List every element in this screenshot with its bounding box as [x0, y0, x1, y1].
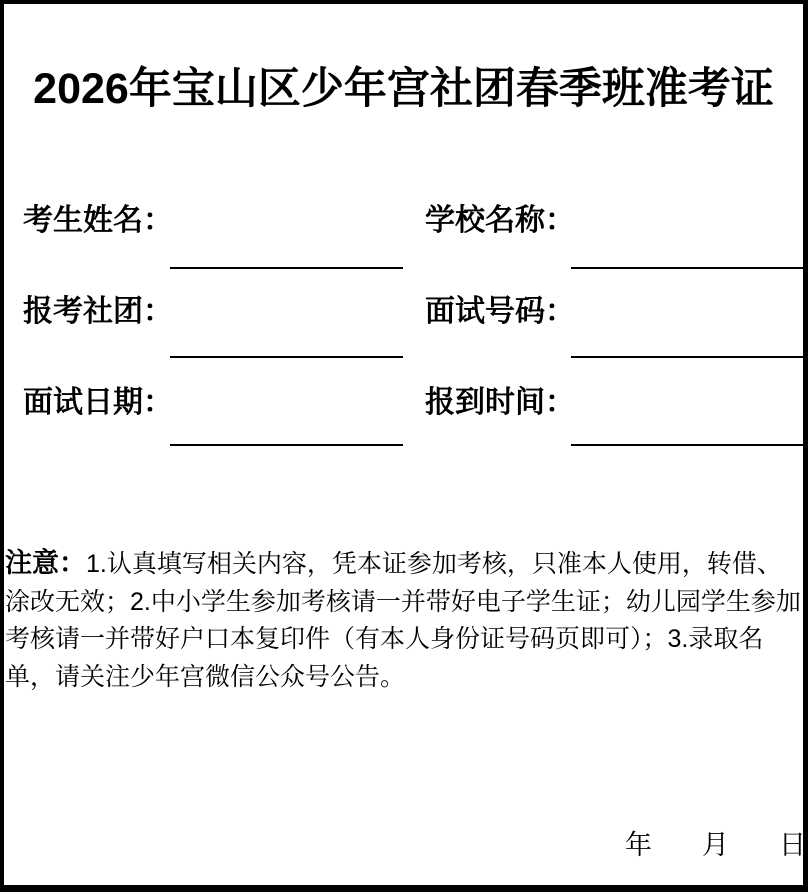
notice-heading: 注意： [5, 548, 86, 578]
document-title: 2026年宝山区少年宫社团春季班准考证 [4, 64, 803, 114]
field-label-school-name: 学校名称： [425, 203, 575, 238]
field-label-report-time: 报到时间： [425, 385, 575, 420]
date-day-label: 日 [779, 829, 806, 861]
field-label-interview-number: 面试号码： [425, 294, 575, 329]
notice-line-2: 涂改无效；2.中小学生参加考核请一并带好电子学生证；幼儿园学生参加 [5, 584, 802, 622]
admission-ticket-page: 2026年宝山区少年宫社团春季班准考证 考生姓名： 学校名称： 报考社团： 面试… [0, 0, 808, 892]
field-label-interview-date: 面试日期： [23, 385, 173, 420]
fill-line-school-name [571, 267, 803, 269]
notice-line-3: 考核请一并带好户口本复印件（有本人身份证号码页即可）；3.录取名 [5, 621, 802, 659]
fill-line-club-applied [170, 356, 403, 358]
fill-line-interview-date [170, 444, 403, 446]
notice-line-1: 注意：1.认真填写相关内容，凭本证参加考核，只准本人使用，转借、 [5, 545, 802, 584]
notice-section: 注意：1.认真填写相关内容，凭本证参加考核，只准本人使用，转借、 涂改无效；2.… [5, 545, 802, 696]
date-month-label: 月 [702, 829, 729, 861]
field-label-club-applied: 报考社团： [23, 294, 173, 329]
date-year-label: 年 [625, 829, 652, 861]
notice-line-4: 单，请关注少年宫微信公众号公告。 [5, 659, 802, 697]
fill-line-report-time [571, 444, 803, 446]
notice-line-1-text: 1.认真填写相关内容，凭本证参加考核，只准本人使用，转借、 [86, 550, 782, 578]
field-label-candidate-name: 考生姓名： [23, 203, 173, 238]
fill-line-interview-number [571, 356, 803, 358]
fill-line-candidate-name [170, 267, 403, 269]
